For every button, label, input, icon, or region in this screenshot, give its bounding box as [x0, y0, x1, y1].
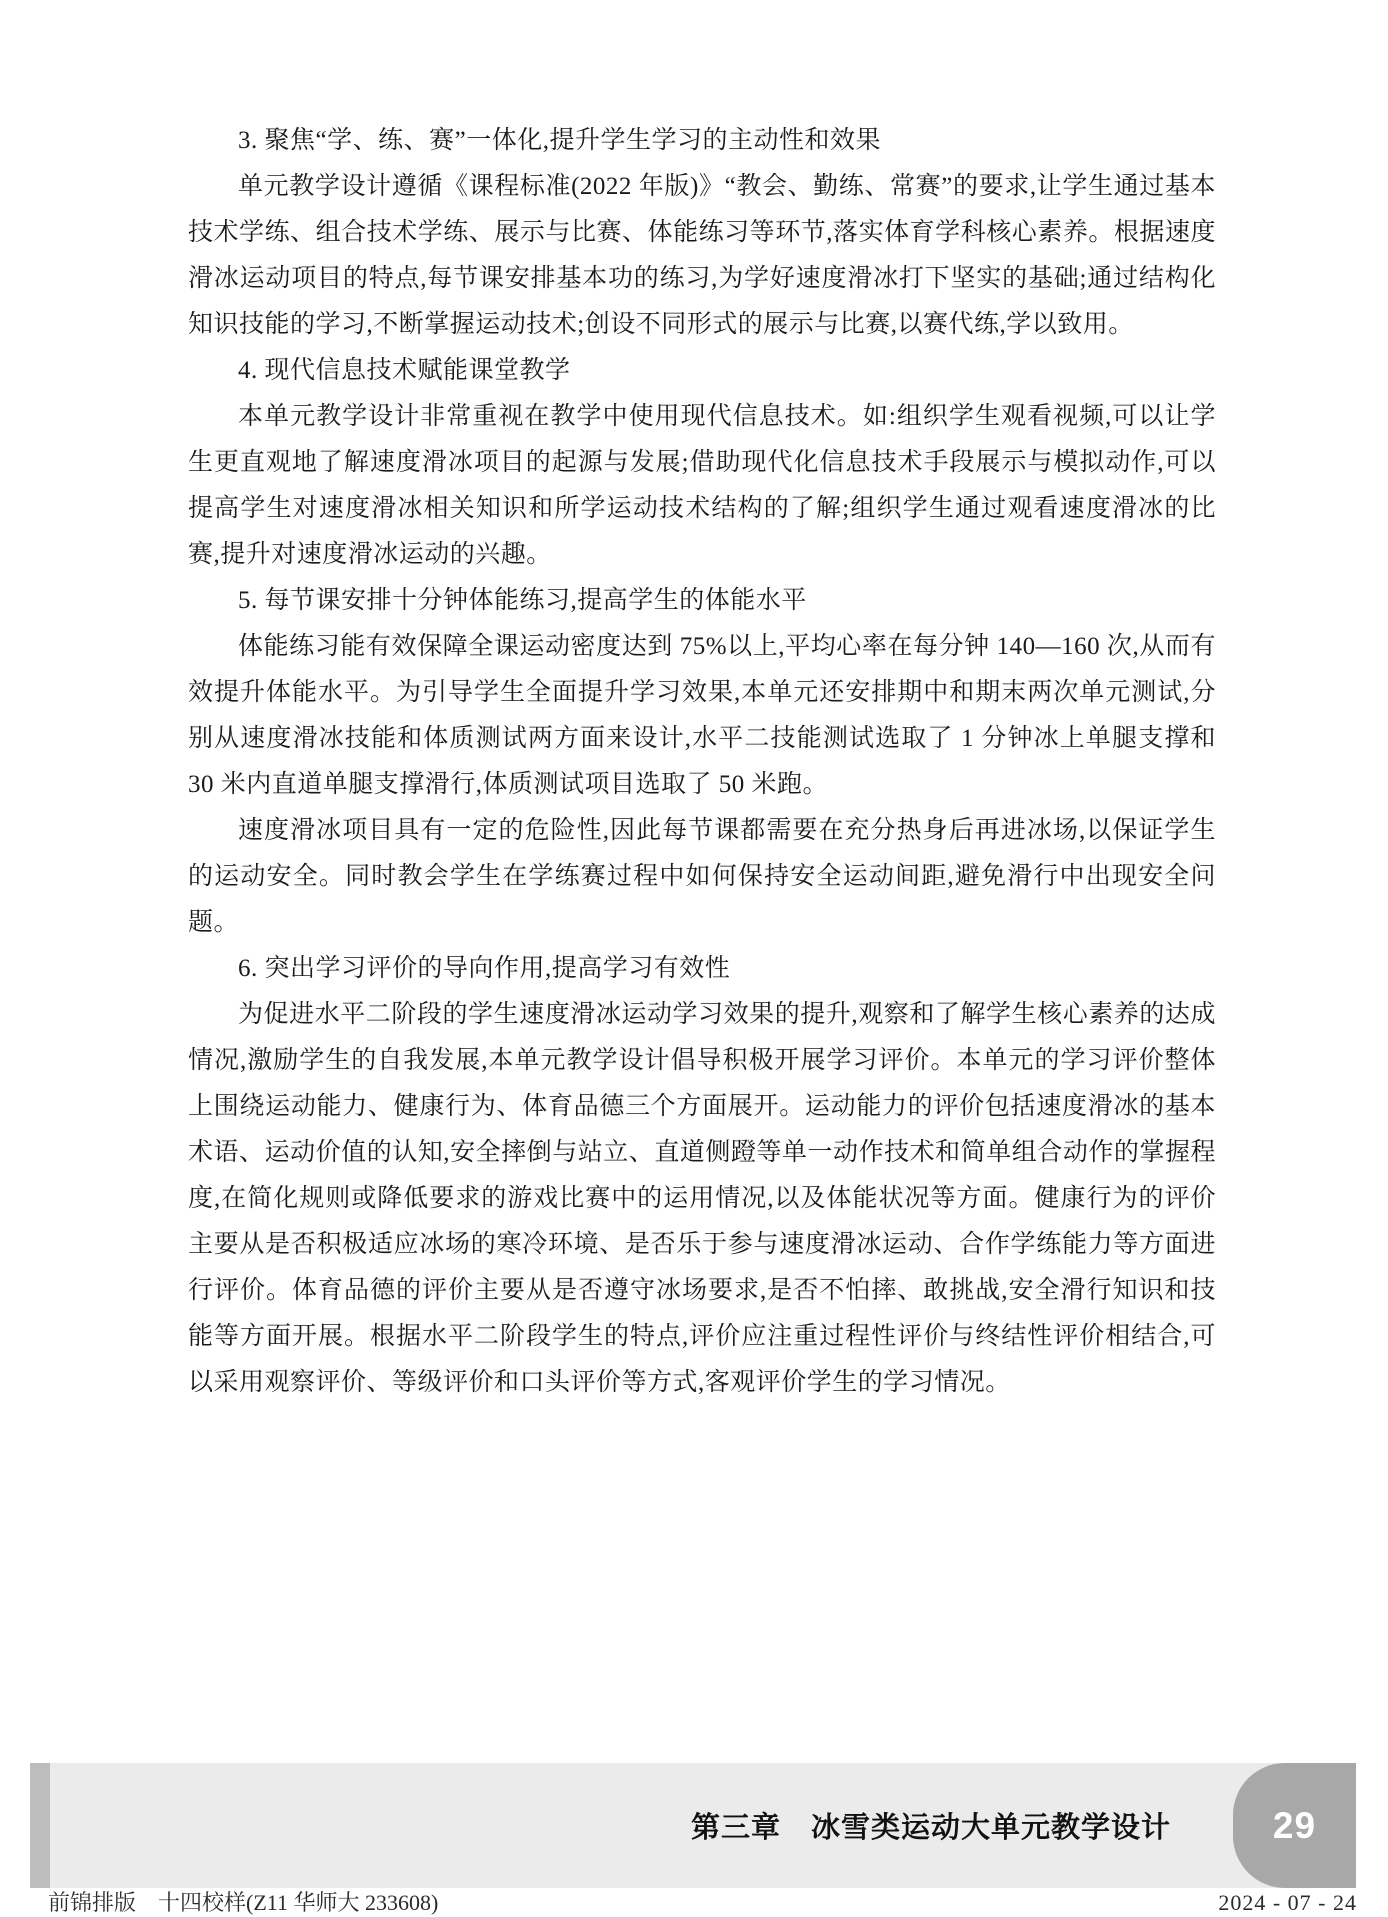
footer-accent-strip	[30, 1763, 50, 1888]
paragraph: 速度滑冰项目具有一定的危险性,因此每节课都需要在充分热身后再进冰场,以保证学生的…	[188, 808, 1216, 946]
paragraph: 5. 每节课安排十分钟体能练习,提高学生的体能水平	[188, 578, 1216, 624]
body-text: 3. 聚焦“学、练、赛”一体化,提升学生学习的主动性和效果单元教学设计遵循《课程…	[188, 118, 1216, 1406]
chapter-title: 第三章 冰雪类运动大单元教学设计	[691, 1763, 1171, 1888]
page-number: 29	[1273, 1805, 1316, 1847]
book-page: 3. 聚焦“学、练、赛”一体化,提升学生学习的主动性和效果单元教学设计遵循《课程…	[0, 0, 1388, 1917]
proof-line: 前锦排版 十四校样(Z11 华师大 233608) 2024 - 07 - 24	[48, 1886, 1357, 1917]
paragraph: 3. 聚焦“学、练、赛”一体化,提升学生学习的主动性和效果	[188, 118, 1216, 164]
page-number-box: 29	[1233, 1763, 1356, 1888]
paragraph: 体能练习能有效保障全课运动密度达到 75%以上,平均心率在每分钟 140—160…	[188, 624, 1216, 808]
paragraph: 4. 现代信息技术赋能课堂教学	[188, 348, 1216, 394]
footer-band: 第三章 冰雪类运动大单元教学设计 29	[30, 1763, 1356, 1888]
proof-info: 前锦排版 十四校样(Z11 华师大 233608)	[48, 1886, 438, 1917]
proof-date: 2024 - 07 - 24	[1218, 1890, 1357, 1916]
paragraph: 6. 突出学习评价的导向作用,提高学习有效性	[188, 946, 1216, 992]
paragraph: 为促进水平二阶段的学生速度滑冰运动学习效果的提升,观察和了解学生核心素养的达成情…	[188, 992, 1216, 1406]
paragraph: 本单元教学设计非常重视在教学中使用现代信息技术。如:组织学生观看视频,可以让学生…	[188, 394, 1216, 578]
paragraph: 单元教学设计遵循《课程标准(2022 年版)》“教会、勤练、常赛”的要求,让学生…	[188, 164, 1216, 348]
